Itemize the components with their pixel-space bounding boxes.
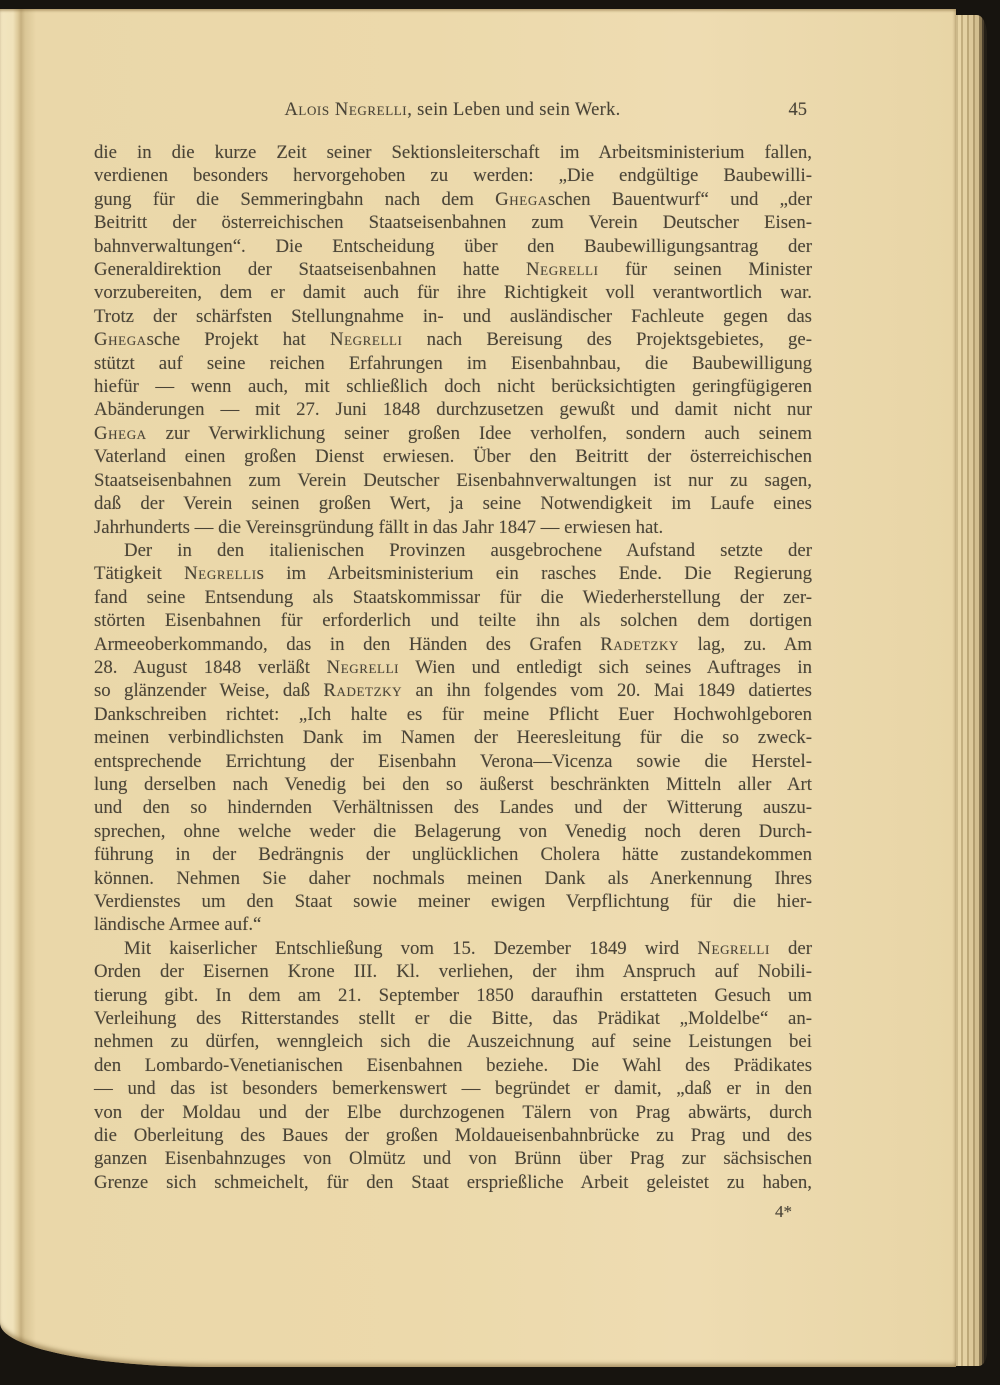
text-line: vorzubereiten, dem er damit auch für ihr… (94, 281, 812, 304)
book-scan-background: Alois Negrelli, sein Leben und sein Werk… (0, 0, 1000, 1385)
text-line: verdienen besonders hervorgehoben zu wer… (94, 164, 812, 187)
text-line: Verleihung des Ritterstandes stellt er d… (94, 1007, 812, 1030)
page-header: Alois Negrelli, sein Leben und sein Werk… (94, 100, 811, 126)
text-line: Vaterland einen großen Dienst erwiesen. … (94, 445, 812, 468)
text-line: von der Moldau und der Elbe durchzogenen… (94, 1101, 812, 1124)
text-line: Mit kaiserlicher Entschließung vom 15. D… (94, 937, 812, 960)
text-line: führung in der Bedrängnis der unglücklic… (94, 843, 812, 866)
text-line: sprechen, ohne welche weder die Belageru… (94, 820, 812, 843)
book-page: Alois Negrelli, sein Leben und sein Werk… (0, 9, 956, 1367)
text-line: die in die kurze Zeit seiner Sektionslei… (94, 141, 812, 164)
text-line: daß der Verein seinen großen Wert, ja se… (94, 492, 812, 515)
paragraph: Der in den italienischen Provinzen ausge… (94, 539, 812, 937)
paragraph: Mit kaiserlicher Entschließung vom 15. D… (94, 937, 812, 1194)
text-line: entsprechende Errichtung der Eisenbahn V… (94, 750, 812, 773)
page-number: 45 (789, 100, 808, 121)
text-line: 28. August 1848 verläßt Negrelli Wien un… (94, 656, 812, 679)
text-line: so glänzender Weise, daß Radetzky an ihn… (94, 679, 812, 702)
text-line: — und das ist besonders bemerkenswert — … (94, 1077, 812, 1100)
text-line: Abänderungen — mit 27. Juni 1848 durchzu… (94, 398, 812, 421)
text-line: Armeeoberkommando, das in den Händen des… (94, 633, 812, 656)
signature-mark: 4* (775, 1202, 792, 1221)
text-line: tierung gibt. In dem am 21. September 18… (94, 984, 812, 1007)
page-edge-stack (956, 15, 987, 1366)
smallcaps-name: Ghega (94, 423, 147, 444)
text-line: den Lombardo-Venetianischen Eisenbahnen … (94, 1054, 812, 1077)
text-line: Ghega zur Verwirklichung seiner großen I… (94, 422, 812, 445)
text-line: Verdienstes um den Staat sowie meiner ew… (94, 890, 812, 913)
smallcaps-name: Alois Negrelli (284, 100, 407, 120)
text-line: und den so hindernden Verhältnissen des … (94, 796, 812, 819)
running-title: Alois Negrelli, sein Leben und sein Werk… (94, 100, 811, 121)
smallcaps-name: Negrelli (330, 329, 403, 350)
text-block: die in die kurze Zeit seiner Sektionslei… (94, 141, 812, 1194)
text-line: ganzen Eisenbahnzuges von Olmütz und von… (94, 1147, 812, 1170)
text-line: hiefür — wenn auch, mit schließlich doch… (94, 375, 812, 398)
text-line: Tätigkeit Negrellis im Arbeitsministeriu… (94, 562, 812, 585)
text-line: fand seine Entsendung als Staatskommissa… (94, 586, 812, 609)
smallcaps-name: Negrelli (184, 563, 257, 584)
smallcaps-name: Radetzky (600, 634, 679, 655)
text-line: Ghegasche Projekt hat Negrelli nach Bere… (94, 328, 812, 351)
text-line: meinen verbindlichsten Dank im Namen der… (94, 726, 812, 749)
text-line: lung derselben nach Venedig bei den so ä… (94, 773, 812, 796)
text-line: Staatseisenbahnen zum Verein Deutscher E… (94, 469, 812, 492)
text-line: Dankschreiben richtet: „Ich halte es für… (94, 703, 812, 726)
smallcaps-name: Ghega (94, 329, 147, 350)
text-line: nehmen zu dürfen, wenngleich sich die Au… (94, 1030, 812, 1053)
smallcaps-name: Radetzky (323, 680, 402, 701)
text-line: stützt auf seine reichen Erfahrungen im … (94, 352, 812, 375)
text-line: Grenze sich schmeichelt, für den Staat e… (94, 1171, 812, 1194)
text-line: Beitritt der österreichischen Staatseise… (94, 211, 812, 234)
text-line: bahnverwaltungen“. Die Entscheidung über… (94, 235, 812, 258)
text-line: störten Eisenbahnen für erforderlich und… (94, 609, 812, 632)
page-footer: 4* (94, 1202, 812, 1222)
smallcaps-name: Negrelli (697, 938, 770, 959)
text-line: Jahrhunderts — die Vereinsgründung fällt… (94, 516, 812, 539)
text-line: Generaldirektion der Staatseisenbahnen h… (94, 258, 812, 281)
smallcaps-name: Negrelli (526, 259, 599, 280)
paragraph: die in die kurze Zeit seiner Sektionslei… (94, 141, 812, 539)
text-line: Der in den italienischen Provinzen ausge… (94, 539, 812, 562)
text-line: gung für die Semmeringbahn nach dem Gheg… (94, 188, 812, 211)
text-line: Orden der Eisernen Krone III. Kl. verlie… (94, 960, 812, 983)
text-line: die Oberleitung des Baues der großen Mol… (94, 1124, 812, 1147)
smallcaps-name: Ghega (495, 189, 548, 210)
smallcaps-name: Negrelli (327, 657, 400, 678)
text-line: können. Nehmen Sie daher nochmals meinen… (94, 867, 812, 890)
text-line: ländische Armee auf.“ (94, 913, 812, 936)
text-line: Trotz der schärfsten Stellungnahme in- u… (94, 305, 812, 328)
